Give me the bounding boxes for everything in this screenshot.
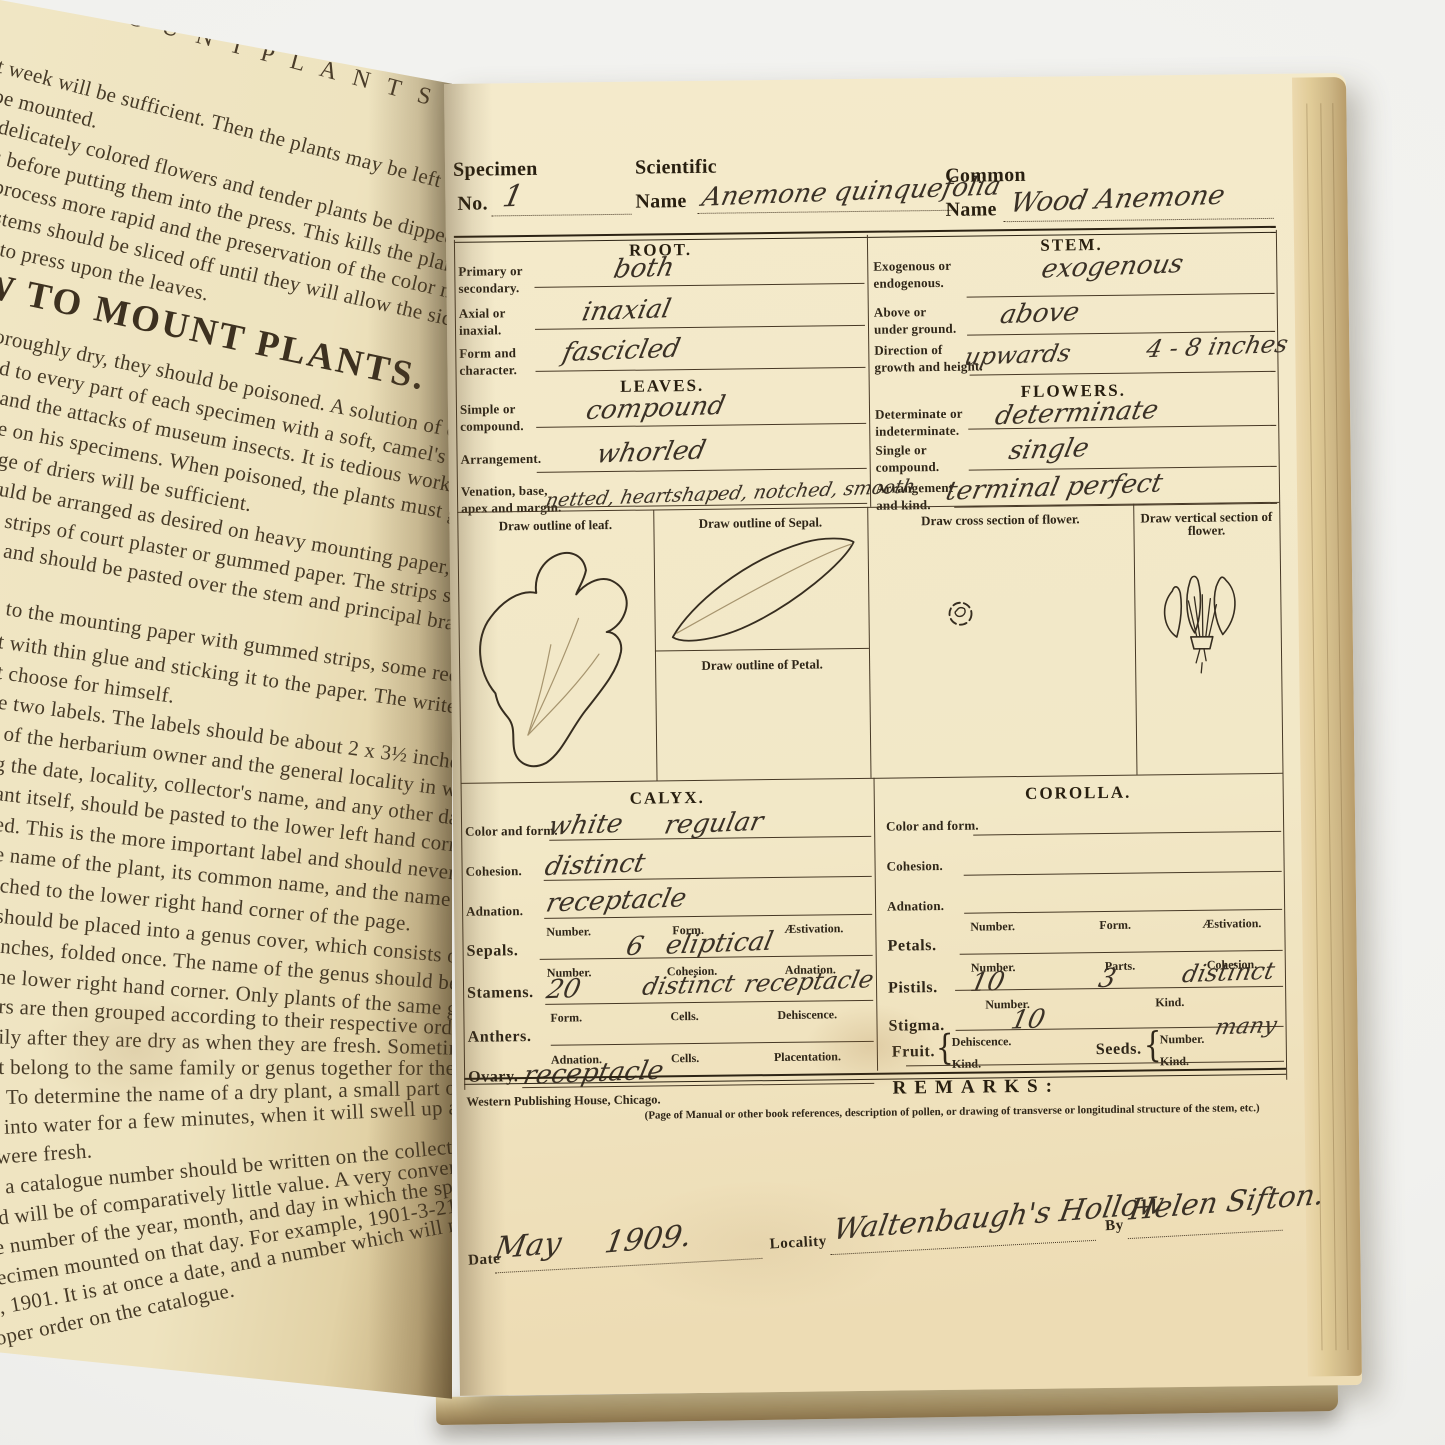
corolla-adnation-label: Adnation. <box>887 898 944 916</box>
rule <box>970 371 1276 376</box>
calyx-stamens-number-value: 20 <box>544 974 584 1005</box>
left-page: O U N T P L A N T Sext week will be suff… <box>0 0 452 1445</box>
left-page-line: it were fresh. <box>0 1139 93 1172</box>
page-edge-line <box>1306 103 1322 1350</box>
corolla-seeds-number-value: many <box>1213 1013 1279 1040</box>
flowers-determinate-label: Determinate or indeterminate. <box>875 406 963 441</box>
stem-exo-label: Exogenous or endogenous. <box>873 258 951 293</box>
photo-background: O U N T P L A N T Sext week will be suff… <box>0 0 1445 1445</box>
rule <box>545 1000 873 1005</box>
locality-value: Waltenbaugh's Hollow <box>831 1186 1167 1247</box>
rule <box>655 648 869 652</box>
corolla-pistils-cohesion-value: distinct <box>1180 957 1278 989</box>
rule <box>534 283 864 288</box>
specimen-no-value: 1 <box>500 179 527 215</box>
sepal-outline-sketch <box>664 531 865 647</box>
root-form-value: fascicled <box>560 334 683 369</box>
rule <box>973 831 1281 836</box>
corolla-stigma-number-value: 10 <box>1008 1004 1048 1035</box>
common-name-label: Name <box>945 199 996 220</box>
stem-exo-value: exogenous <box>1039 249 1186 284</box>
date-year-value: 1909. <box>602 1218 694 1260</box>
box-divider <box>653 509 657 780</box>
corolla-seeds-sub-number: Number. <box>1160 1033 1205 1046</box>
calyx-stamens-adnation-value: receptacle <box>742 965 877 998</box>
cross-section-box-caption: Draw cross section of flower. <box>867 512 1133 528</box>
vertical-section-box-caption: Draw vertical section of flower. <box>1133 510 1279 538</box>
common-name-value: Wood Anemone <box>1008 180 1228 219</box>
calyx-ovary-sub-placentation: Placentation. <box>774 1050 841 1063</box>
calyx-color-value-b: regular <box>662 807 766 841</box>
leaves-simple-value: compound <box>583 391 727 426</box>
calyx-anthers-sub-cells: Cells. <box>670 1010 698 1022</box>
flower-vertical-section-sketch <box>1150 566 1247 683</box>
corolla-petals-sub-form: Form. <box>1099 919 1131 931</box>
root-axial-value: inaxial <box>579 294 673 327</box>
corolla-pistils-label: Pistils. <box>888 980 938 997</box>
rule <box>537 468 867 473</box>
corolla-color-label: Color and form. <box>886 818 979 836</box>
section-title-calyx: CALYX. <box>461 787 874 809</box>
corolla-petals-sub-number: Number. <box>970 920 1015 933</box>
flowers-single-label: Single or compound. <box>875 442 939 477</box>
rule <box>1128 1230 1283 1239</box>
corolla-fruit-sub-dehiscence: Dehiscence. <box>952 1035 1012 1048</box>
stem-above-value: above <box>997 297 1082 330</box>
leaves-arrangement-value: whorled <box>594 435 708 469</box>
corolla-cohesion-label: Cohesion. <box>886 858 943 876</box>
calyx-ovary-sub-cells: Cells. <box>671 1052 699 1064</box>
rule <box>960 950 1283 955</box>
flowers-arrangement-label: Arrangement and kind. <box>876 480 954 515</box>
calyx-anthers-sub-dehiscence: Dehiscence. <box>777 1008 837 1021</box>
collector-name-value: Helen Sifton. <box>1127 1177 1327 1227</box>
rule <box>964 871 1282 876</box>
box-divider <box>1133 504 1137 775</box>
flowers-single-value: single <box>1006 433 1092 466</box>
calyx-color-value-a: white <box>546 809 626 842</box>
flowers-arrangement-value: terminal perfect <box>943 468 1165 506</box>
rule <box>492 214 632 217</box>
calyx-sepals-sub-aestivation: Æstivation. <box>784 922 843 935</box>
corolla-petals-sub-aestivation: Æstivation. <box>1202 917 1261 930</box>
rule <box>955 986 1283 991</box>
by-label: By <box>1105 1218 1125 1234</box>
stem-height-value: 4 - 8 inches <box>1144 330 1291 363</box>
collection-info-line: Date May 1909. Locality Waltenbaugh's Ho… <box>467 1188 1286 1302</box>
gutter-shadow-left <box>368 0 452 1445</box>
column-divider <box>874 778 879 1071</box>
flower-cross-section-sketch <box>942 596 978 632</box>
sepal-box-caption: Draw outline of Sepal. <box>653 515 867 531</box>
scientific-name-label: Name <box>635 191 686 212</box>
stem-above-label: Above or under ground. <box>874 304 957 339</box>
calyx-cohesion-value: distinct <box>542 848 648 882</box>
right-page: Specimen No. 1 Scientific Name Anemone q… <box>444 73 1362 1396</box>
corolla-fruit-label: Fruit. <box>892 1044 935 1061</box>
rule <box>964 909 1282 914</box>
common-label: Common <box>945 165 1026 186</box>
rule <box>1004 218 1274 222</box>
column-divider <box>867 235 871 507</box>
remarks-caption: (Page of Manual or other book references… <box>645 1102 1260 1123</box>
calyx-sepals-sub-number: Number. <box>546 925 591 938</box>
rule <box>536 367 866 372</box>
section-title-corolla: COROLLA. <box>874 782 1283 804</box>
corolla-pistils-number-value: 10 <box>968 967 1008 998</box>
corolla-seeds-label: Seeds. <box>1096 1042 1142 1059</box>
calyx-anthers-sub-form: Form. <box>550 1011 582 1023</box>
petal-box-caption: Draw outline of Petal. <box>655 657 869 673</box>
root-primary-value: both <box>611 252 677 284</box>
rule <box>967 293 1275 298</box>
specimen-record-form: Specimen No. 1 Scientific Name Anemone q… <box>444 74 1296 1396</box>
stem-direction-value: upwards <box>962 339 1073 371</box>
left-page-line: es. <box>0 565 3 593</box>
locality-label: Locality <box>769 1234 827 1252</box>
box-divider <box>867 507 871 778</box>
calyx-adnation-value: receptacle <box>543 883 689 918</box>
corolla-pistils-parts-value: 3 <box>1096 964 1119 995</box>
corolla-stigma-sub-kind: Kind. <box>1155 996 1184 1008</box>
scientific-label: Scientific <box>635 157 717 178</box>
corolla-petals-label: Petals. <box>887 938 936 955</box>
rule <box>551 1041 874 1046</box>
calyx-stamens-cohesion-value: distinct <box>640 969 738 1001</box>
page-edge-line <box>1332 103 1348 1350</box>
